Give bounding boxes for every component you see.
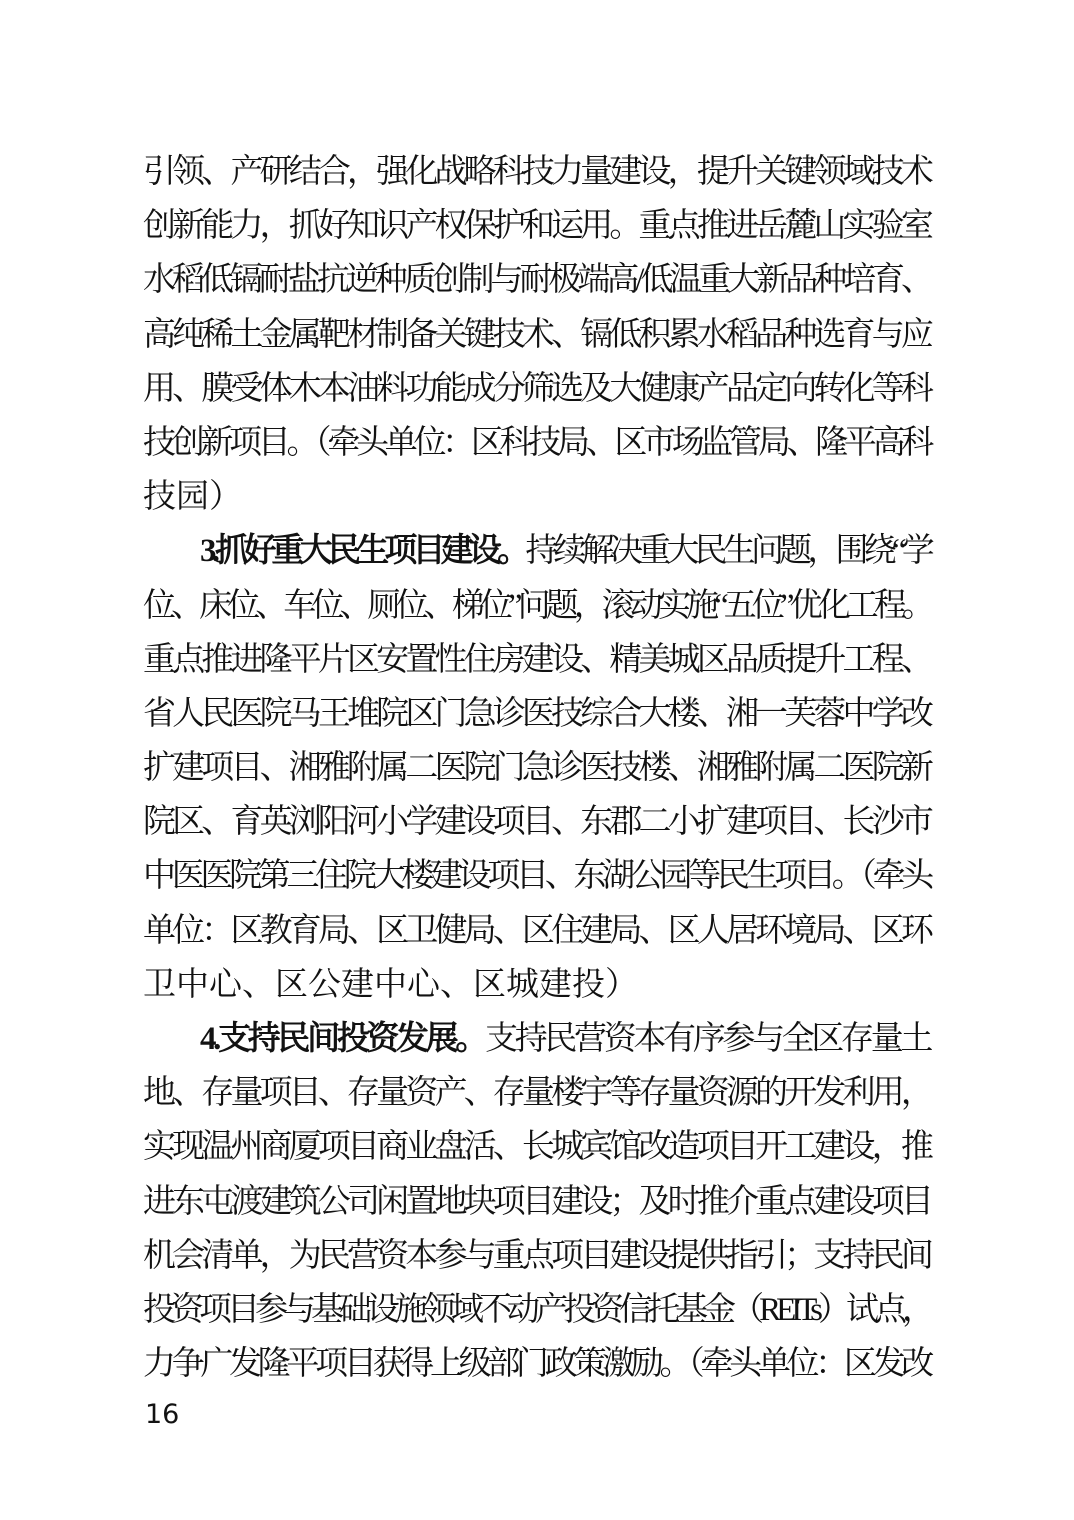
text-line-content: 实现温州商厦项目商业盘活、长城宾馆改造项目开工建设，推 xyxy=(143,1129,930,1165)
text-line-content: 重点推进隆平片区安置性住房建设、精美城区品质提升工程、 xyxy=(143,642,930,678)
text-line-content: 位、床位、车位、厕位、梯位”问题，滚动实施“五位”优化工程。 xyxy=(143,588,930,624)
text-line: 技创新项目。（牵头单位：区科技局、区市场监管局、隆平高科 xyxy=(143,416,930,470)
text-line: 重点推进隆平片区安置性住房建设、精美城区品质提升工程、 xyxy=(143,633,930,687)
text-line-content: 进东屯渡建筑公司闲置地块项目建设；及时推介重点建设项目 xyxy=(143,1184,930,1220)
text-line: 卫中心、区公建中心、区城建投） xyxy=(143,958,930,1012)
paragraph-number-heading: 4.支持民间投资发展。 xyxy=(200,1021,485,1057)
text-line: 单位：区教育局、区卫健局、区住建局、区人居环境局、区环 xyxy=(143,904,930,958)
text-line-content: 技园） xyxy=(143,479,242,515)
text-line: 省人民医院马王堆院区门急诊医技综合大楼、湘一芙蓉中学改 xyxy=(143,687,930,741)
paragraph-number-heading: 3.抓好重大民生项目建设。 xyxy=(200,533,525,569)
document-body: 引领、产研结合，强化战略科技力量建设，提升关键领域技术创新能力，抓好知识产权保护… xyxy=(143,145,930,1391)
text-line-content: 水稻低镉耐盐抗逆种质创制与耐极端高/低温重大新品种培育、 xyxy=(143,262,930,298)
text-line: 4.支持民间投资发展。支持民营资本有序参与全区存量土 xyxy=(143,1012,930,1066)
text-line-content: 卫中心、区公建中心、区城建投） xyxy=(143,967,638,1003)
text-line-content: 单位：区教育局、区卫健局、区住建局、区人居环境局、区环 xyxy=(143,913,930,949)
text-line: 机会清单，为民营资本参与重点项目建设提供指引；支持民间 xyxy=(143,1229,930,1283)
page-number: 16 xyxy=(145,1398,179,1432)
text-line-content: 用、膜受体木本油料功能成分筛选及大健康产品定向转化等科 xyxy=(143,371,930,407)
text-line-content: 省人民医院马王堆院区门急诊医技综合大楼、湘一芙蓉中学改 xyxy=(143,696,930,732)
text-line: 扩建项目、湘雅附属二医院门急诊医技楼、湘雅附属二医院新 xyxy=(143,741,930,795)
text-line-content: 技创新项目。（牵头单位：区科技局、区市场监管局、隆平高科 xyxy=(143,425,930,461)
text-line: 水稻低镉耐盐抗逆种质创制与耐极端高/低温重大新品种培育、 xyxy=(143,253,930,307)
text-line-content: 扩建项目、湘雅附属二医院门急诊医技楼、湘雅附属二医院新 xyxy=(143,750,930,786)
text-line: 用、膜受体木本油料功能成分筛选及大健康产品定向转化等科 xyxy=(143,362,930,416)
text-line-content: 院区、育英浏阳河小学建设项目、东郡二小扩建项目、长沙市 xyxy=(143,804,930,840)
text-line: 力争广发隆平项目获得上级部门政策激励。（牵头单位：区发改 xyxy=(143,1337,930,1391)
text-line: 高纯稀土金属靶材制备关键技术、镉低积累水稻品种选育与应 xyxy=(143,308,930,362)
text-line-content: 地、存量项目、存量资产、存量楼宇等存量资源的开发利用， xyxy=(143,1075,930,1111)
text-line-content: 中医医院第三住院大楼建设项目、东湖公园等民生项目。（牵头 xyxy=(143,858,930,894)
text-line: 创新能力，抓好知识产权保护和运用。重点推进岳麓山实验室 xyxy=(143,199,930,253)
text-line-content: 引领、产研结合，强化战略科技力量建设，提升关键领域技术 xyxy=(143,154,930,190)
text-line-content: 力争广发隆平项目获得上级部门政策激励。（牵头单位：区发改 xyxy=(143,1346,930,1382)
text-line: 位、床位、车位、厕位、梯位”问题，滚动实施“五位”优化工程。 xyxy=(143,579,930,633)
text-line: 引领、产研结合，强化战略科技力量建设，提升关键领域技术 xyxy=(143,145,930,199)
text-line: 3.抓好重大民生项目建设。持续解决重大民生问题，围绕“学 xyxy=(143,524,930,578)
document-page: 引领、产研结合，强化战略科技力量建设，提升关键领域技术创新能力，抓好知识产权保护… xyxy=(0,0,1074,1520)
text-line-content: 4.支持民间投资发展。支持民营资本有序参与全区存量土 xyxy=(200,1021,930,1057)
text-line-content: 3.抓好重大民生项目建设。持续解决重大民生问题，围绕“学 xyxy=(200,533,930,569)
text-line: 中医医院第三住院大楼建设项目、东湖公园等民生项目。（牵头 xyxy=(143,849,930,903)
text-line-content: 高纯稀土金属靶材制备关键技术、镉低积累水稻品种选育与应 xyxy=(143,317,930,353)
text-line: 实现温州商厦项目商业盘活、长城宾馆改造项目开工建设，推 xyxy=(143,1120,930,1174)
text-line: 投资项目参与基础设施领域不动产投资信托基金（REITs）试点， xyxy=(143,1283,930,1337)
text-line: 进东屯渡建筑公司闲置地块项目建设；及时推介重点建设项目 xyxy=(143,1175,930,1229)
text-line: 技园） xyxy=(143,470,930,524)
text-line-content: 创新能力，抓好知识产权保护和运用。重点推进岳麓山实验室 xyxy=(143,208,930,244)
text-line-content: 机会清单，为民营资本参与重点项目建设提供指引；支持民间 xyxy=(143,1238,930,1274)
text-line: 地、存量项目、存量资产、存量楼宇等存量资源的开发利用， xyxy=(143,1066,930,1120)
text-line-content: 投资项目参与基础设施领域不动产投资信托基金（REITs）试点， xyxy=(143,1292,930,1328)
text-line: 院区、育英浏阳河小学建设项目、东郡二小扩建项目、长沙市 xyxy=(143,795,930,849)
